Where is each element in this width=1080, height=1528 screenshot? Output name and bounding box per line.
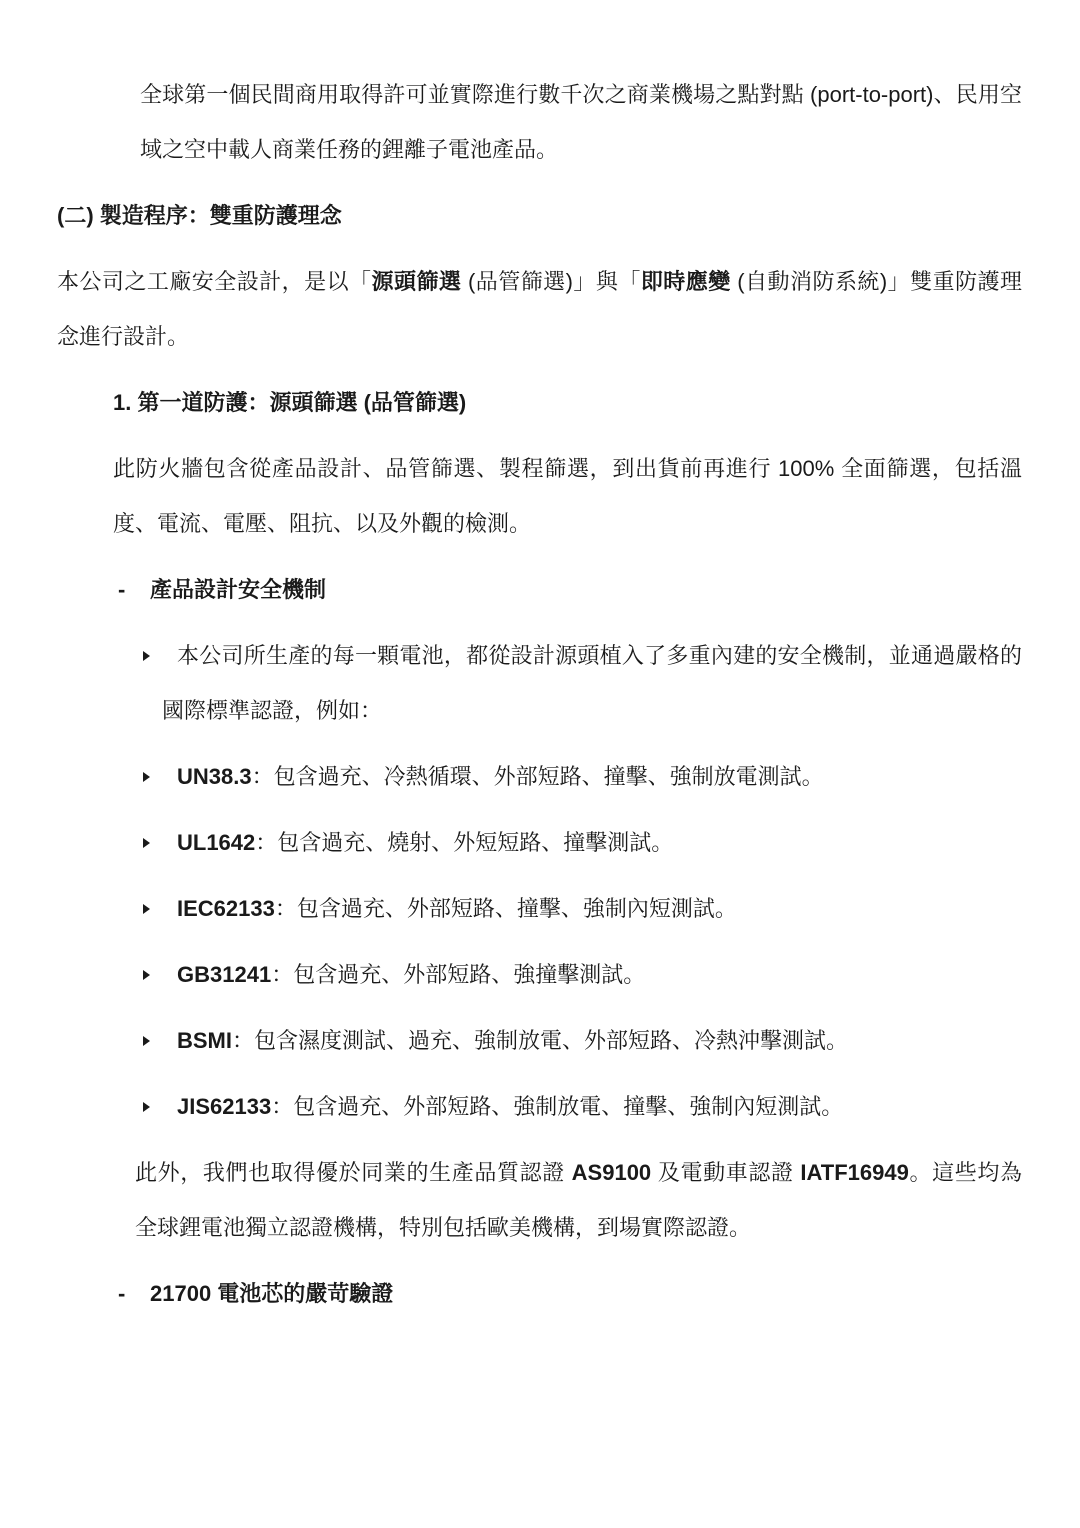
list-item-ul1642: UL1642：包含過充、燒射、外短短路、撞擊測試。 xyxy=(57,815,1022,870)
list-item-iec62133: IEC62133：包含過充、外部短路、撞擊、強制內短測試。 xyxy=(57,881,1022,936)
dash-bullet-icon: - xyxy=(118,1266,125,1321)
list-item-text: UL1642：包含過充、燒射、外短短路、撞擊測試。 xyxy=(177,830,673,855)
triangle-bullet-icon xyxy=(143,970,150,980)
list-item-text: IEC62133：包含過充、外部短路、撞擊、強制內短測試。 xyxy=(177,896,737,921)
list-item-builtin-safety: 本公司所生產的每一顆電池，都從設計源頭植入了多重內建的安全機制，並通過嚴格的國際… xyxy=(57,628,1022,738)
list-item-text: 產品設計安全機制 xyxy=(150,577,326,602)
list-item-text: 本公司所生產的每一顆電池，都從設計源頭植入了多重內建的安全機制，並通過嚴格的國際… xyxy=(162,643,1022,723)
triangle-bullet-icon xyxy=(143,1036,150,1046)
list-item-product-design-safety: - 產品設計安全機制 xyxy=(57,562,1022,617)
list-item-21700-validation: - 21700 電池芯的嚴苛驗證 xyxy=(57,1266,1022,1321)
triangle-bullet-icon xyxy=(143,651,150,661)
paragraph-dual-protection: 本公司之工廠安全設計，是以「源頭篩選 (品管篩選)」與「即時應變 (自動消防系統… xyxy=(57,254,1022,364)
triangle-bullet-icon xyxy=(143,904,150,914)
heading-first-defense: 1. 第一道防護：源頭篩選 (品管篩選) xyxy=(57,375,1022,430)
list-item-text: 21700 電池芯的嚴苛驗證 xyxy=(150,1281,393,1306)
document-page: 全球第一個民間商用取得許可並實際進行數千次之商業機場之點對點 (port-to-… xyxy=(0,0,1080,1528)
triangle-bullet-icon xyxy=(143,772,150,782)
list-item-text: BSMI：包含濕度測試、過充、強制放電、外部短路、冷熱沖擊測試。 xyxy=(177,1028,848,1053)
paragraph-intro: 全球第一個民間商用取得許可並實際進行數千次之商業機場之點對點 (port-to-… xyxy=(57,67,1022,177)
list-item-text: GB31241：包含過充、外部短路、強撞擊測試。 xyxy=(177,962,645,987)
list-item-text: UN38.3：包含過充、冷熱循環、外部短路、撞擊、強制放電測試。 xyxy=(177,764,824,789)
paragraph-quality-certifications: 此外，我們也取得優於同業的生產品質認證 AS9100 及電動車認證 IATF16… xyxy=(57,1145,1022,1255)
heading-section-2: (二) 製造程序：雙重防護理念 xyxy=(57,188,1022,243)
triangle-bullet-icon xyxy=(143,838,150,848)
list-item-bsmi: BSMI：包含濕度測試、過充、強制放電、外部短路、冷熱沖擊測試。 xyxy=(57,1013,1022,1068)
list-item-jis62133: JIS62133：包含過充、外部短路、強制放電、撞擊、強制內短測試。 xyxy=(57,1079,1022,1134)
list-item-text: JIS62133：包含過充、外部短路、強制放電、撞擊、強制內短測試。 xyxy=(177,1094,843,1119)
list-item-gb31241: GB31241：包含過充、外部短路、強撞擊測試。 xyxy=(57,947,1022,1002)
dash-bullet-icon: - xyxy=(118,562,125,617)
paragraph-firewall-screening: 此防火牆包含從產品設計、品管篩選、製程篩選，到出貨前再進行 100% 全面篩選，… xyxy=(57,441,1022,551)
list-item-un383: UN38.3：包含過充、冷熱循環、外部短路、撞擊、強制放電測試。 xyxy=(57,749,1022,804)
triangle-bullet-icon xyxy=(143,1102,150,1112)
